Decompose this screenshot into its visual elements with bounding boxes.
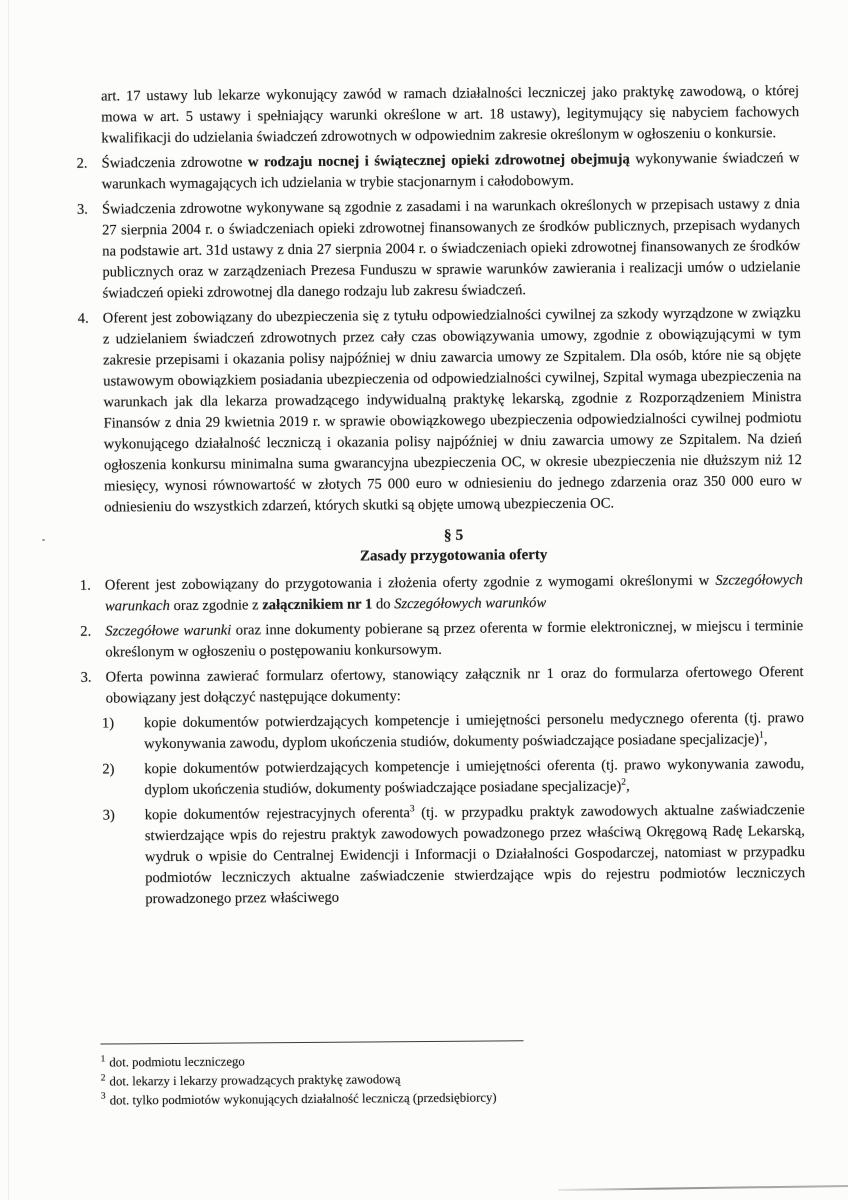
list-item-text: Świadczenia zdrowotne w rodzaju nocnej i… bbox=[101, 148, 799, 195]
list-item-number: 3. bbox=[77, 200, 103, 305]
document-sublist: 1) kopie dokumentów potwierdzających kom… bbox=[102, 708, 806, 911]
list-item: 2. Świadczenia zdrowotne w rodzaju nocne… bbox=[76, 148, 799, 196]
list-item-text: Oferent jest zobowiązany do przygotowani… bbox=[105, 570, 803, 617]
footnote-marker: 1 bbox=[101, 1054, 106, 1064]
footnote-marker: 2 bbox=[101, 1073, 106, 1083]
sublist-item: 2) kopie dokumentów potwierdzających kom… bbox=[102, 754, 804, 802]
scanned-document-page: art. 17 ustawy lub lekarze wykonujący za… bbox=[0, 0, 848, 1200]
list-item: 3. Oferta powinna zawierać formularz ofe… bbox=[81, 662, 804, 710]
list-item: 2. Szczegółowe warunki oraz inne dokumen… bbox=[80, 616, 803, 664]
footnote-text: dot. podmiotu leczniczego bbox=[109, 1054, 245, 1069]
footnote-separator bbox=[100, 1040, 523, 1044]
list-item-text: Oferta powinna zawierać formularz oferto… bbox=[106, 662, 804, 709]
footnote: 3dot. tylko podmiotów wykonujących dział… bbox=[101, 1086, 701, 1110]
list-item-text: Szczegółowe warunki oraz inne dokumenty … bbox=[105, 616, 803, 663]
sublist-item-text: kopie dokumentów rejestracyjnych oferent… bbox=[145, 800, 806, 910]
sublist-item-text: kopie dokumentów potwierdzających kompet… bbox=[144, 754, 804, 801]
paragraph-continuation: art. 17 ustawy lub lekarze wykonujący za… bbox=[101, 81, 799, 149]
sublist-item-text: kopie dokumentów potwierdzających kompet… bbox=[144, 708, 804, 755]
footnote-marker: 3 bbox=[101, 1092, 106, 1102]
document-body: art. 17 ustawy lub lekarze wykonujący za… bbox=[0, 0, 848, 911]
list-item: 1. Oferent jest zobowiązany do przygotow… bbox=[80, 570, 803, 618]
sublist-item-number: 1) bbox=[102, 713, 144, 755]
document-content: art. 17 ustawy lub lekarze wykonujący za… bbox=[0, 0, 848, 1200]
footnotes-block: 1dot. podmiotu leczniczego 2dot. lekarzy… bbox=[100, 1039, 701, 1110]
list-item: 3. Świadczenia zdrowotne wykonywane są z… bbox=[77, 194, 801, 305]
list-item-text: Świadczenia zdrowotne wykonywane są zgod… bbox=[102, 194, 801, 304]
list-item-number: 1. bbox=[80, 576, 105, 618]
sublist-item-number: 2) bbox=[102, 759, 144, 801]
section-heading: § 5 Zasady przygotowania oferty bbox=[104, 522, 802, 569]
list-item-number: 2. bbox=[80, 622, 105, 664]
sublist-item: 3) kopie dokumentów rejestracyjnych ofer… bbox=[103, 800, 806, 911]
footnote-text: dot. tylko podmiotów wykonujących działa… bbox=[110, 1090, 497, 1107]
list-item-number: 4. bbox=[78, 309, 105, 519]
sublist-item: 1) kopie dokumentów potwierdzających kom… bbox=[102, 708, 804, 756]
list-item-number: 3. bbox=[81, 668, 106, 710]
list-item: 4. Oferent jest zobowiązany do ubezpiecz… bbox=[78, 303, 803, 519]
list-item-number: 2. bbox=[76, 154, 101, 196]
list-item-text: Oferent jest zobowiązany do ubezpieczeni… bbox=[103, 303, 803, 518]
sublist-item-number: 3) bbox=[103, 805, 146, 910]
footnote-text: dot. lekarzy i lekarzy prowadzących prak… bbox=[109, 1072, 400, 1088]
section-title: Zasady przygotowania oferty bbox=[105, 543, 803, 569]
